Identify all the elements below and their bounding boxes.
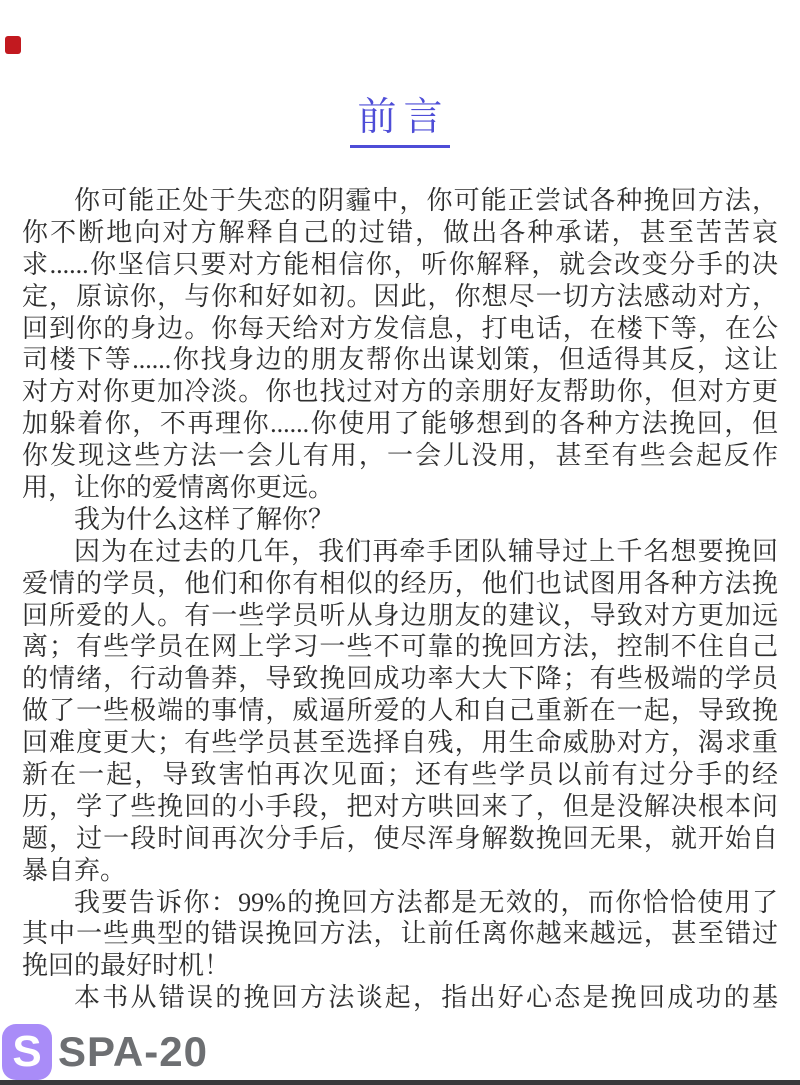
- red-marker-square: [5, 36, 21, 54]
- text-line: 题，过一段时间再次分手后，使尽浑身解数挽回无果，就开始自: [22, 823, 778, 855]
- text-line: 爱情的学员，他们和你有相似的经历，他们也试图用各种方法挽: [22, 568, 778, 600]
- watermark-badge: S: [2, 1024, 52, 1080]
- watermark-logo-letter: S: [12, 1027, 41, 1077]
- text-line: 回难度更大；有些学员甚至选择自残，用生命威胁对方，渴求重: [22, 727, 778, 759]
- text-line: 回到你的身边。你每天给对方发信息，打电话，在楼下等，在公: [22, 313, 778, 345]
- text-line: 本书从错误的挽回方法谈起，指出好心态是挽回成功的基: [22, 982, 778, 1014]
- text-line: 你发现这些方法一会儿有用，一会儿没用，甚至有些会起反作: [22, 440, 778, 472]
- text-line: 历，学了些挽回的小手段，把对方哄回来了，但是没解决根本问: [22, 791, 778, 823]
- text-line: 我为什么这样了解你？: [22, 504, 778, 536]
- text-line: 定，原谅你，与你和好如初。因此，你想尽一切方法感动对方，: [22, 281, 778, 313]
- text-line: 我要告诉你：99%的挽回方法都是无效的，而你恰恰使用了: [22, 887, 778, 919]
- text-line: 你不断地向对方解释自己的过错，做出各种承诺，甚至苦苦哀: [22, 217, 778, 249]
- document-page: 前言 你可能正处于失恋的阴霾中，你可能正尝试各种挽回方法，你不断地向对方解释自己…: [0, 0, 800, 1085]
- text-line: 求......你坚信只要对方能相信你，听你解释，就会改变分手的决: [22, 249, 778, 281]
- text-line: 暴自弃。: [22, 855, 778, 887]
- text-line: 做了一些极端的事情，威逼所爱的人和自己重新在一起，导致挽: [22, 695, 778, 727]
- text-line: 因为在过去的几年，我们再牵手团队辅导过上千名想要挽回: [22, 536, 778, 568]
- watermark-label: SPA-20: [58, 1028, 208, 1076]
- text-line: 对方对你更加冷淡。你也找过对方的亲朋好友帮助你，但对方更: [22, 376, 778, 408]
- text-line: 你可能正处于失恋的阴霾中，你可能正尝试各种挽回方法，: [22, 185, 778, 217]
- text-line: 回所爱的人。有一些学员听从身边朋友的建议，导致对方更加远: [22, 600, 778, 632]
- bottom-bar: [0, 1080, 800, 1085]
- text-line: 新在一起，导致害怕再次见面；还有些学员以前有过分手的经: [22, 759, 778, 791]
- title-row: 前言: [0, 86, 800, 148]
- text-line: 司楼下等......你找身边的朋友帮你出谋划策，但适得其反，这让: [22, 344, 778, 376]
- text-line: 离；有些学员在网上学习一些不可靠的挽回方法，控制不住自己: [22, 631, 778, 663]
- chapter-title-link[interactable]: 前言: [350, 86, 449, 148]
- text-line: 的情绪，行动鲁莽，导致挽回成功率大大下降；有些极端的学员: [22, 663, 778, 695]
- body-text: 你可能正处于失恋的阴霾中，你可能正尝试各种挽回方法，你不断地向对方解释自己的过错…: [22, 185, 778, 1014]
- text-line: 其中一些典型的错误挽回方法，让前任离你越来越远，甚至错过: [22, 918, 778, 950]
- text-line: 用，让你的爱情离你更远。: [22, 472, 778, 504]
- text-line: 加躲着你，不再理你......你使用了能够想到的各种方法挽回，但: [22, 408, 778, 440]
- text-line: 挽回的最好时机！: [22, 950, 778, 982]
